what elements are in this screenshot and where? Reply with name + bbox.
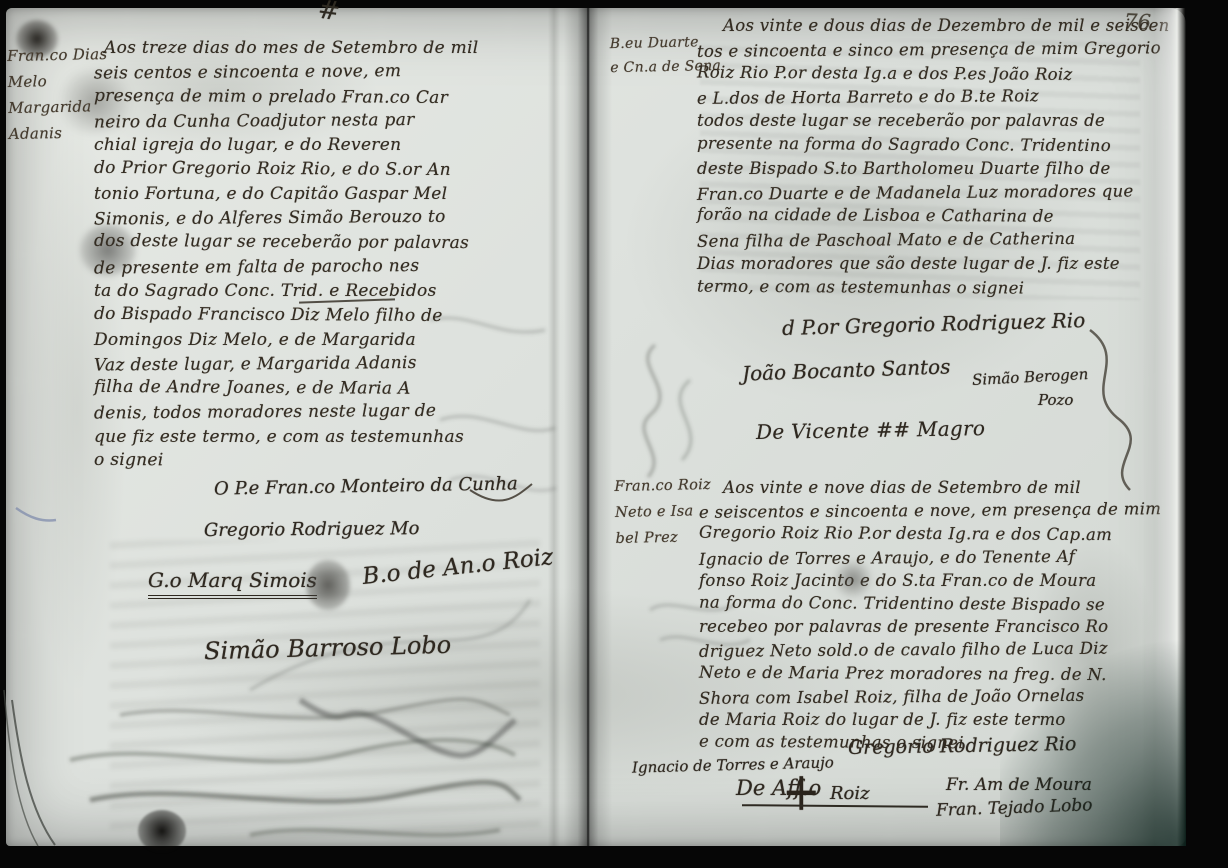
marriage-record-text: Aos vinte e nove dias de Setembro de mil… xyxy=(699,476,1161,754)
record-text-line: Shora com Isabel Roiz, filha de João Orn… xyxy=(699,683,1161,710)
record-text-line: dos deste lugar se receberão por palavra… xyxy=(94,229,479,256)
record-text-line: fonso Roiz Jacinto e do S.ta Fran.co de … xyxy=(699,569,1161,592)
record-text-line: Simonis, e do Alferes Simão Berouzo to xyxy=(94,205,479,232)
record-text-line: Aos vinte e nove dias de Setembro de mil xyxy=(699,476,1161,499)
cross-mark: + xyxy=(782,760,821,822)
margin-note-line: bel Prez xyxy=(615,524,712,552)
record-text-line: que fiz este termo, e com as testemunhas xyxy=(94,425,479,449)
record-text-line: presente na forma do Sagrado Conc. Tride… xyxy=(697,132,1170,159)
record-text-line: Aos vinte e dous dias de Dezembro de mil… xyxy=(697,14,1170,38)
record-heading: De Vicente ## Magro xyxy=(756,416,986,444)
photograph-background: # Fran.co DiasMeloMargaridaAdanis Aos tr… xyxy=(0,0,1228,868)
signature: Roiz xyxy=(830,783,870,804)
margin-note-line: Fran.co Roiz xyxy=(614,472,711,500)
collation-mark: # xyxy=(316,0,342,27)
record-text-line: termo, e com as testemunhas o signei xyxy=(697,274,1170,301)
marriage-record-text: Aos vinte e dous dias de Dezembro de mil… xyxy=(697,14,1170,300)
record-text-line: Aos treze dias do mes de Setembro de mil xyxy=(94,36,479,60)
margin-note-line: Fran.co Dias xyxy=(7,41,108,69)
record-text-line: e L.dos de Horta Barreto e do B.te Roiz xyxy=(697,84,1170,112)
record-text-line: tos e sincoenta e sinco em presença de m… xyxy=(697,36,1170,64)
record-text-line: neiro da Cunha Coadjutor nesta par xyxy=(94,107,479,134)
signature: Gregorio Rodriguez Mo xyxy=(204,518,420,541)
record-text-line: de presente em falta de parocho nes xyxy=(94,253,479,280)
record-text-line: recebeo por palavras de presente Francis… xyxy=(699,615,1161,638)
marriage-record-text: Aos treze dias do mes de Setembro de mil… xyxy=(94,36,479,473)
record-text-line: do Prior Gregorio Roiz Rio, e do S.or An xyxy=(94,156,479,183)
record-text-line: Ignacio de Torres e Araujo, e do Tenente… xyxy=(699,544,1161,571)
record-text-line: de Maria Roiz do lugar de J. fiz este te… xyxy=(699,708,1161,731)
record-text-line: driguez Neto sold.o de cavalo filho de L… xyxy=(699,637,1161,664)
record-text-line: Domingos Diz Melo, e de Margarida xyxy=(94,328,479,352)
margin-note-line: Neto e Isa xyxy=(615,498,712,526)
record-text-line: do Bispado Francisco Diz Melo filho de xyxy=(94,302,479,329)
record-text-line: na forma do Conc. Tridentino deste Bispa… xyxy=(699,591,1161,617)
signature: Gregorio Rodriguez Rio xyxy=(848,733,1077,759)
record-text-line: denis, todos moradores neste lugar de xyxy=(94,399,479,426)
record-text-line: todos deste lugar se receberão por palav… xyxy=(697,109,1170,133)
record-text-line: presença de mim o prelado Fran.co Car xyxy=(94,83,479,110)
record-text-line: chial igreja do lugar, e do Reveren xyxy=(94,133,479,157)
record-text-line: deste Bispado S.to Bartholomeu Duarte fi… xyxy=(697,157,1170,181)
record-text-line: filha de Andre Joanes, e de Maria A xyxy=(94,375,479,402)
signature: G.o Marq Simois xyxy=(148,568,317,599)
record-text-line: Gregorio Roiz Rio P.or desta Ig.ra e dos… xyxy=(699,521,1161,547)
record-text-line: Neto e de Maria Prez moradores na freg. … xyxy=(699,660,1161,686)
record-text-line: o signei xyxy=(94,448,479,475)
record-text-line: tonio Fortuna, e do Capitão Gaspar Mel xyxy=(94,182,479,206)
record-text-line: ta do Sagrado Conc. Trid. e Recebidos xyxy=(94,279,479,303)
record-text-line: seis centos e sincoenta e nove, em xyxy=(94,59,479,86)
signature: Pozo xyxy=(1038,391,1073,409)
margin-note-couple-names: Fran.co RoizNeto e Isabel Prez xyxy=(614,472,712,552)
record-text-line: Vaz deste lugar, e Margarida Adanis xyxy=(94,350,479,377)
record-text-line: forão na cidade de Lisboa e Catharina de xyxy=(697,203,1170,230)
signature: Fr. Am de Moura xyxy=(946,775,1092,795)
record-text-line: Sena filha de Paschoal Mato e de Catheri… xyxy=(697,226,1170,254)
record-text-line: Dias moradores que são deste lugar de J.… xyxy=(697,252,1170,276)
